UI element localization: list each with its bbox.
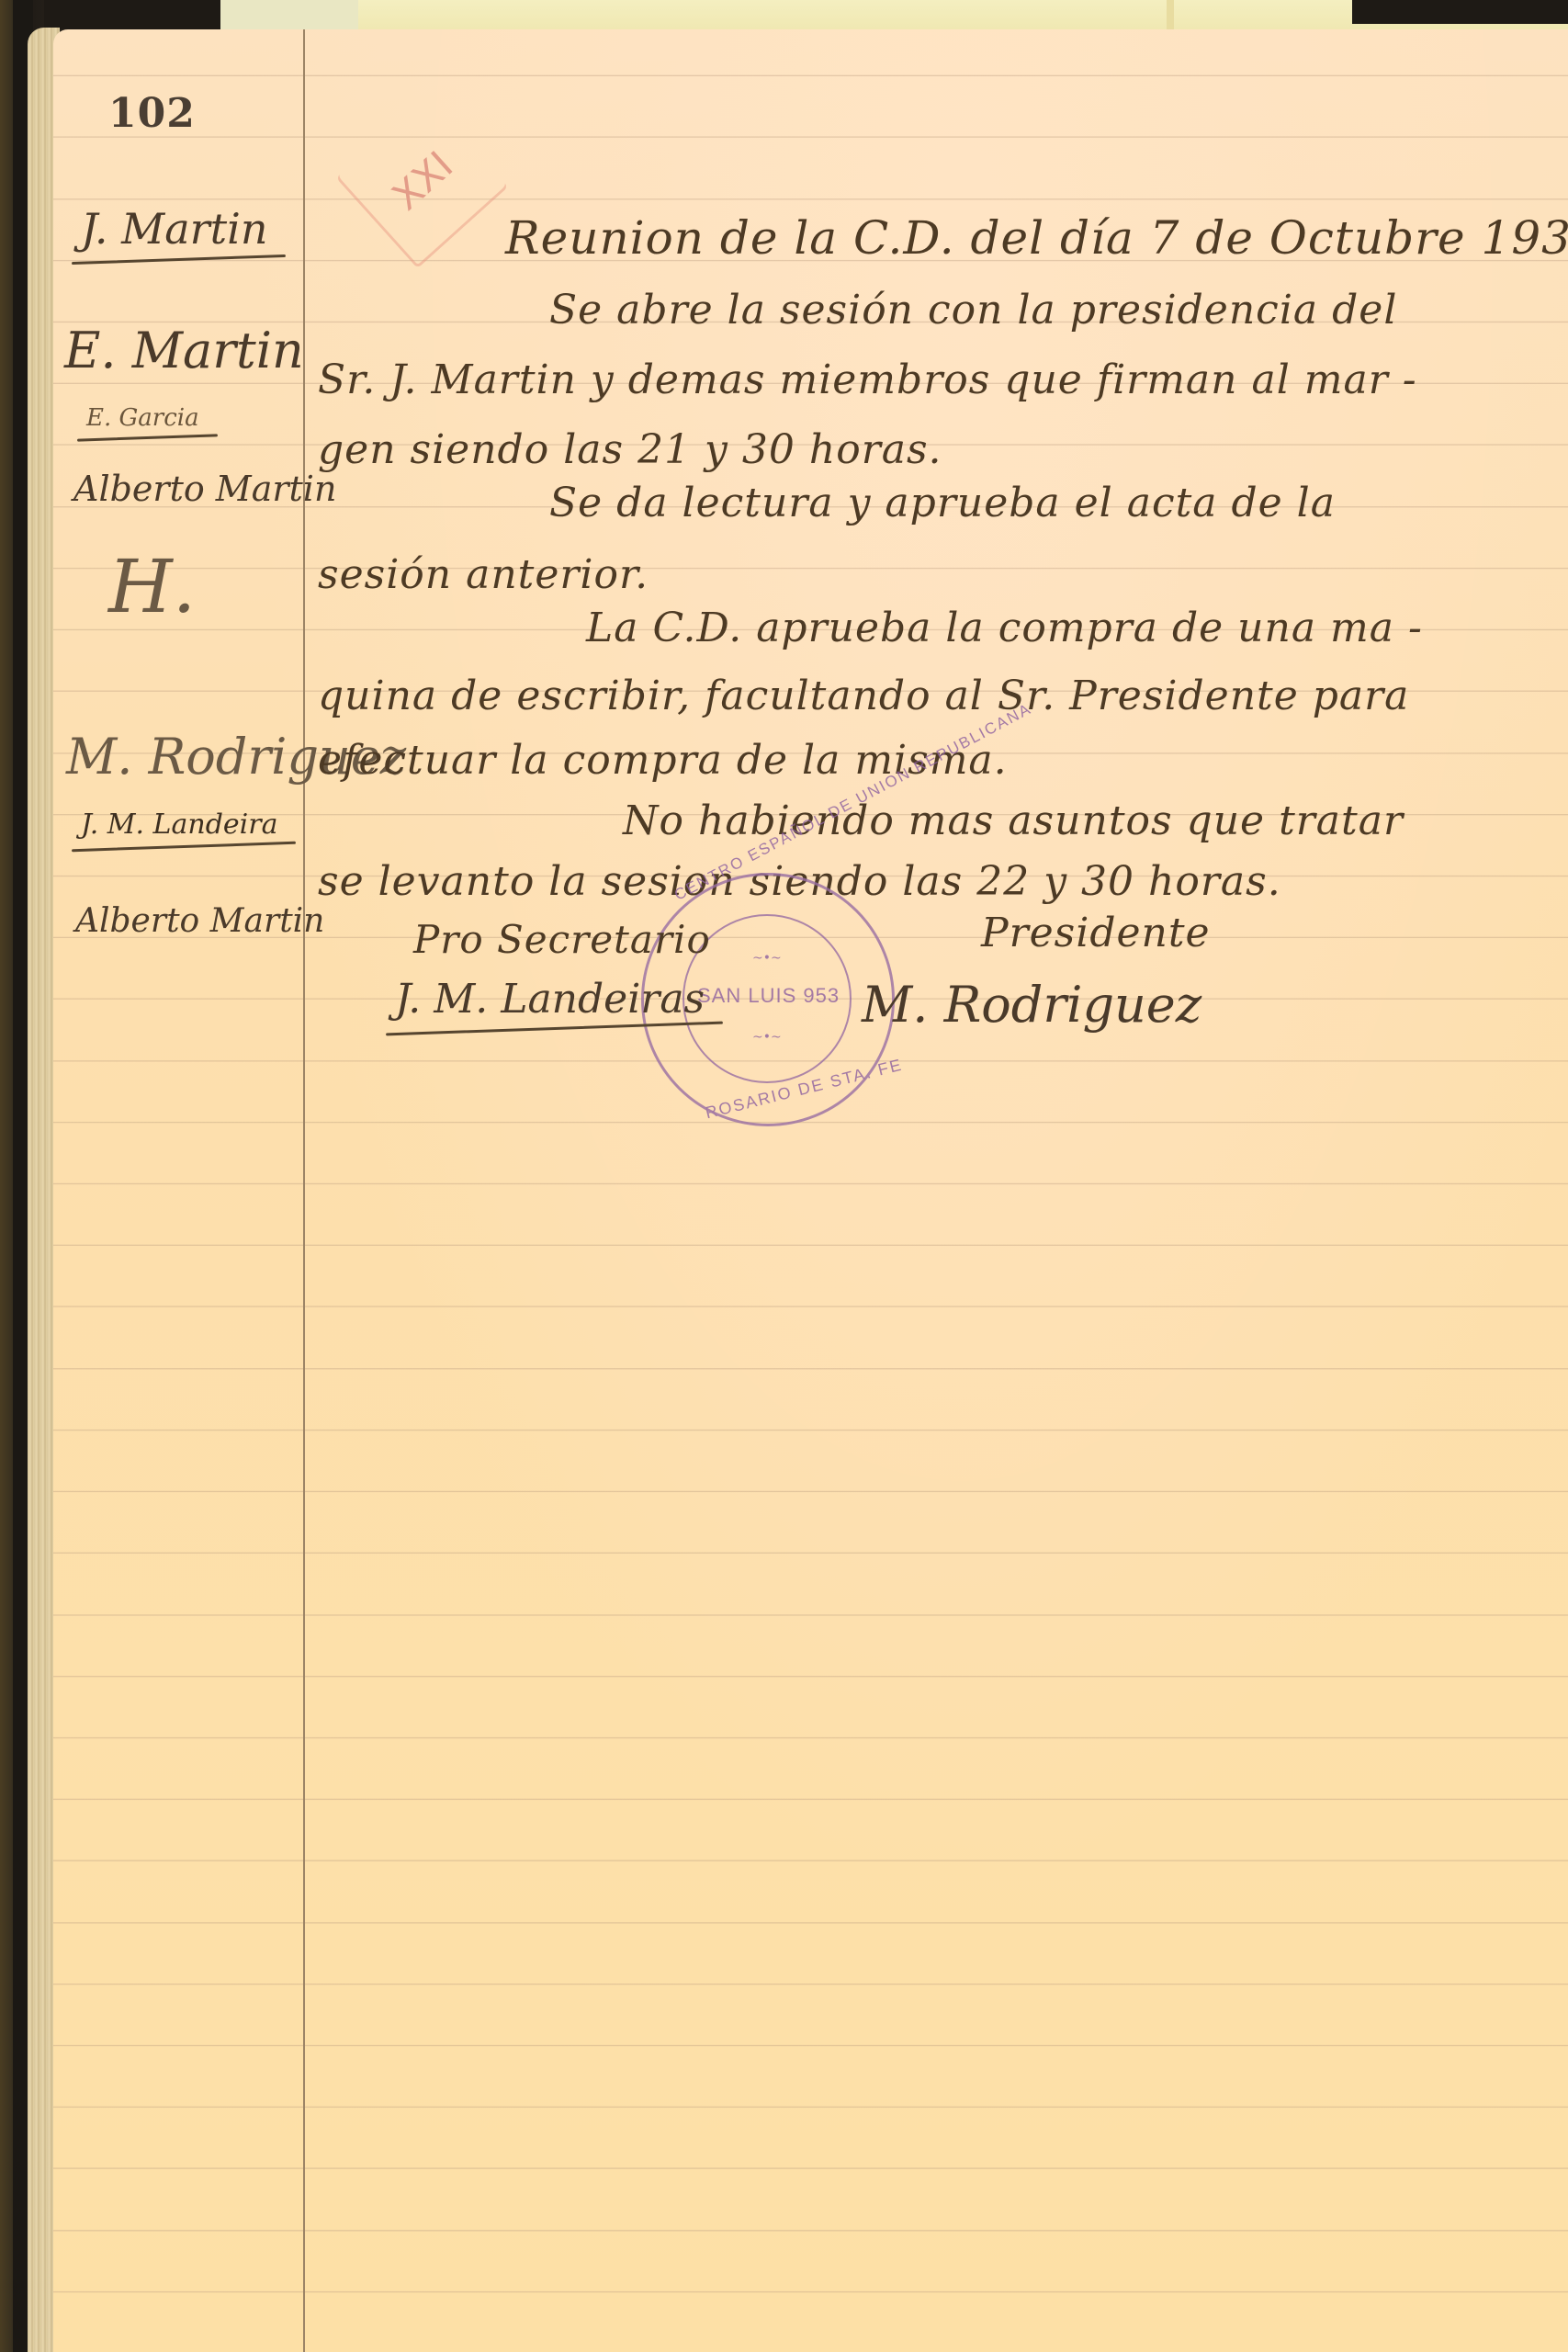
book-cover-top-left <box>44 0 220 29</box>
minutes-line: La C.D. aprueba la compra de una ma - <box>586 605 1423 651</box>
margin-signature: J. Martin <box>81 204 267 254</box>
secretary-signature: J. M. Landeiras <box>395 976 705 1023</box>
book-cover-top-right <box>1352 0 1568 24</box>
minutes-heading: Reunion de la C.D. del día 7 de Octubre … <box>505 211 1568 265</box>
margin-signature: J. M. Landeira <box>81 808 277 841</box>
ledger-page: 102 XXI J. Martin E. Martin E. Garcia Al… <box>53 29 1568 2352</box>
minutes-line: sesión anterior. <box>318 551 649 598</box>
president-title: Presidente <box>981 910 1211 956</box>
minutes-line: Se abre la sesión con la presidencia del <box>549 287 1397 334</box>
margin-signature: Alberto Martin <box>75 902 324 940</box>
margin-signature: H. <box>108 544 196 629</box>
minutes-line: No habiendo mas asuntos que tratar <box>623 797 1404 844</box>
page-number: 102 <box>108 90 196 137</box>
minutes-line: quina de escribir, facultando al Sr. Pre… <box>318 673 1409 719</box>
minutes-line: Sr. J. Martin y demas miembros que firma… <box>318 356 1417 403</box>
pencil-annotation-text: XXI <box>383 142 461 219</box>
margin-signature: Alberto Martin <box>73 469 336 509</box>
minutes-line: Se da lectura y aprueba el acta de la <box>549 480 1336 526</box>
margin-signature: E. Garcia <box>86 404 199 432</box>
stamp-center-text: SAN LUIS 953 <box>697 984 840 1008</box>
secretary-title: Pro Secretario <box>413 917 711 962</box>
margin-signature: E. Martin <box>64 322 304 379</box>
president-signature: M. Rodriguez <box>862 976 1201 1034</box>
minutes-line: gen siendo las 21 y 30 horas. <box>318 426 942 473</box>
